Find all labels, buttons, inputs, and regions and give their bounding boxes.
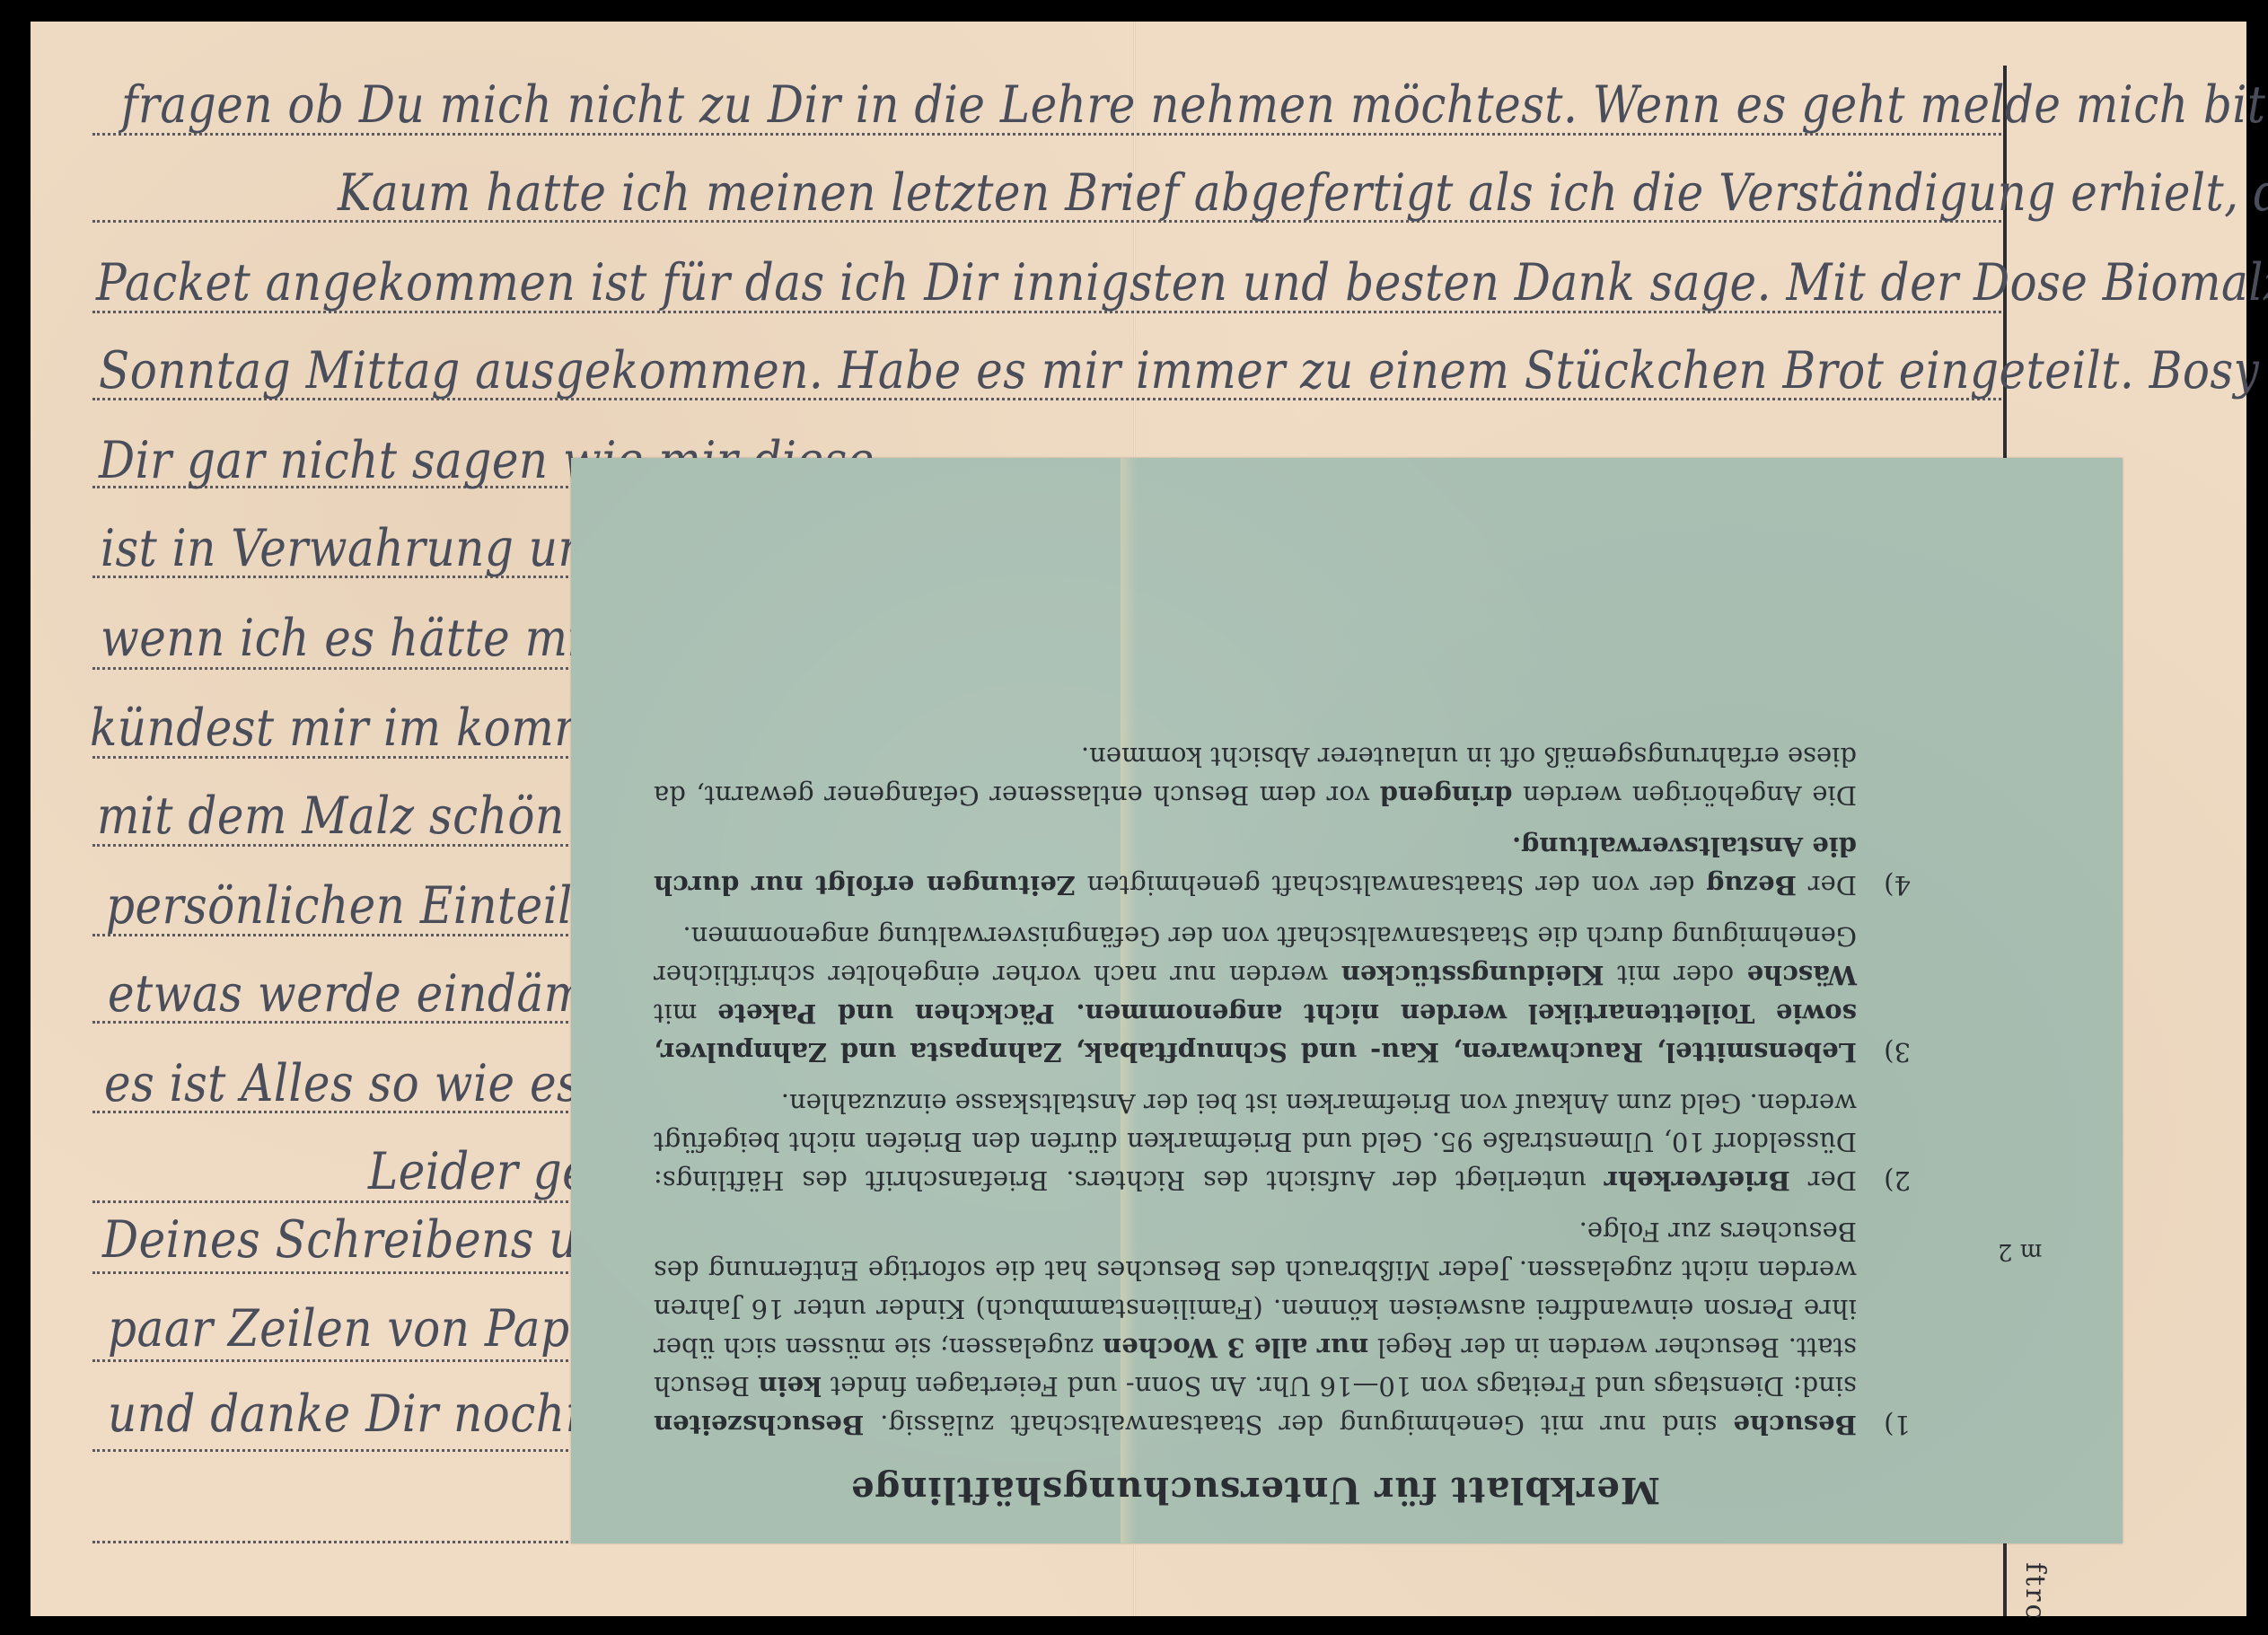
handwritten-line: Kaum hatte ich meinen letzten Brief abge…	[338, 163, 2268, 223]
body-text: mit	[654, 998, 717, 1029]
card-items: 1)Besuche sind nur mit Genehmigung der S…	[654, 737, 1911, 1444]
body-text: sind nur mit Genehmigung der Staatsanwal…	[864, 1410, 1733, 1440]
emphasized-text: Besuchszeiten	[654, 1410, 864, 1440]
edge-printed-text: ftrc	[2019, 1562, 2051, 1622]
card-item: 2)Der Briefverkehr unterliegt der Aufsic…	[654, 1084, 1911, 1200]
emphasized-text: Besuche	[1733, 1410, 1857, 1440]
card-item: 3)Lebensmittel, Rauchwaren, Kau- und Sch…	[654, 917, 1911, 1071]
emphasized-text: Lebensmittel, Rauchwaren, Kau- und Schnu…	[654, 998, 1857, 1068]
card-print-mark: m 2	[1998, 1238, 2042, 1265]
card-rotated-content: Merkblatt für Untersuchungshäftlinge 1)B…	[571, 458, 2123, 1543]
emphasized-text: dringend	[1380, 780, 1513, 811]
emphasized-text: Bezug	[1706, 870, 1797, 901]
handwritten-line: Sonntag Mittag ausgekommen. Habe es mir …	[99, 340, 2268, 400]
emphasized-text: Wäsche	[1747, 960, 1857, 990]
card-item-body: Der Briefverkehr unterliegt der Aufsicht…	[654, 1084, 1857, 1200]
card-item-number: 3)	[1857, 917, 1911, 1071]
card-item: Die Angehörigen werden dringend vor dem …	[654, 737, 1911, 814]
emphasized-text: kein	[758, 1371, 822, 1402]
emphasized-text: nur alle 3 Wochen	[1103, 1332, 1368, 1363]
body-text: Der	[1797, 870, 1857, 901]
card-item: 1)Besuche sind nur mit Genehmigung der S…	[654, 1212, 1911, 1444]
card-item-number: 2)	[1857, 1084, 1911, 1200]
body-text: der von der Staatsanwaltschaft genehmigt…	[1076, 870, 1706, 901]
notice-card: Merkblatt für Untersuchungshäftlinge 1)B…	[571, 458, 2123, 1543]
card-item-body: Lebensmittel, Rauchwaren, Kau- und Schnu…	[654, 917, 1857, 1071]
card-item-number: 1)	[1857, 1212, 1911, 1444]
card-item: 4)Der Bezug der von der Staatsanwaltscha…	[654, 827, 1911, 904]
card-text: Merkblatt für Untersuchungshäftlinge 1)B…	[654, 725, 1911, 1509]
body-text: sind: Dienstags und Freitags von 10—16 U…	[822, 1371, 1857, 1402]
body-text: Die Angehörigen werden	[1512, 780, 1857, 811]
body-text: Der	[1790, 1165, 1857, 1196]
card-item-number	[1857, 737, 1911, 814]
card-item-body: Die Angehörigen werden dringend vor dem …	[654, 737, 1857, 814]
emphasized-text: Briefverkehr	[1604, 1165, 1790, 1196]
card-item-body: Der Bezug der von der Staatsanwaltschaft…	[654, 827, 1857, 904]
emphasized-text: Kleidungsstücken	[1341, 960, 1604, 990]
card-title: Merkblatt für Untersuchungshäftlinge	[654, 1471, 1911, 1509]
handwritten-line: fragen ob Du mich nicht zu Dir in die Le…	[121, 75, 2268, 135]
card-item-body: Besuche sind nur mit Genehmigung der Sta…	[654, 1212, 1857, 1444]
card-item-number: 4)	[1857, 827, 1911, 904]
body-text: oder mit	[1604, 960, 1747, 990]
handwritten-line: Packet angekommen ist für das ich Dir in…	[96, 252, 2268, 312]
